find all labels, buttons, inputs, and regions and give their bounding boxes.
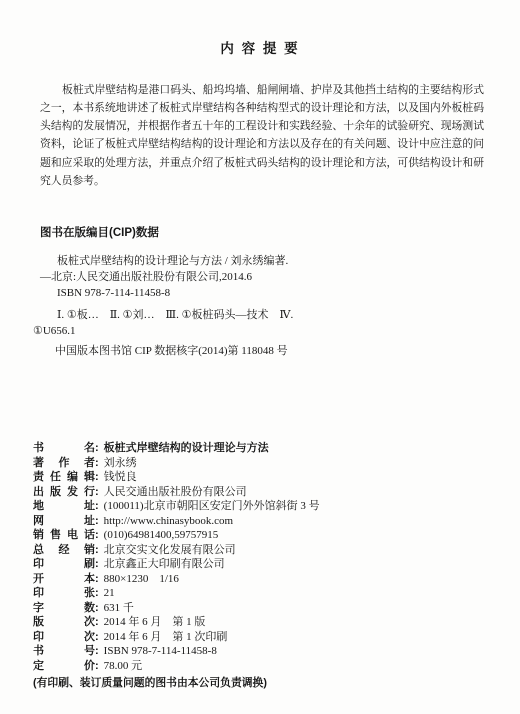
row-separator: : [95, 529, 99, 541]
row-label: 地址 [33, 499, 95, 514]
row-value: 北京交实文化发展有限公司 [104, 544, 236, 556]
row-label: 印刷 [33, 557, 95, 572]
colophon-block: 书名:板桩式岸壁结构的设计理论与方法著作者:刘永绣责任编辑:钱悦良出版发行:人民… [33, 441, 493, 691]
row-label: 书号 [33, 644, 95, 659]
cip-publisher-line: —北京:人民交通出版社股份有限公司,2014.6 [40, 269, 484, 285]
row-label: 字数 [33, 601, 95, 616]
row-value: 2014 年 6 月 第 1 次印刷 [104, 631, 228, 643]
row-separator: : [95, 500, 99, 512]
colophon-row: 书号:ISBN 978-7-114-11458-8 [33, 644, 493, 659]
colophon-rows: 书名:板桩式岸壁结构的设计理论与方法著作者:刘永绣责任编辑:钱悦良出版发行:人民… [33, 441, 493, 673]
cip-record-line: 中国版本图书馆 CIP 数据核字(2014)第 118048 号 [40, 343, 484, 359]
row-label: 版次 [33, 615, 95, 630]
cip-classification-line-2: ①U656.1 [33, 323, 484, 339]
row-value: http://www.chinasybook.com [104, 515, 233, 527]
row-label: 定价 [33, 659, 95, 674]
row-separator: : [95, 645, 99, 657]
row-label: 印次 [33, 630, 95, 645]
cip-classification-line: Ⅰ. ①板… Ⅱ. ①刘… Ⅲ. ①板桩码头—技术 Ⅳ. [40, 307, 484, 323]
colophon-row: 印次:2014 年 6 月 第 1 次印刷 [33, 630, 493, 645]
copyright-page: 内 容 提 要 板桩式岸壁结构是港口码头、船坞坞墙、船闸闸墙、护岸及其他挡土结构… [0, 0, 520, 714]
row-separator: : [95, 573, 99, 585]
row-value: 刘永绣 [104, 457, 137, 469]
row-label: 责任编辑 [33, 470, 95, 485]
row-separator: : [95, 457, 99, 469]
row-separator: : [95, 558, 99, 570]
row-separator: : [95, 442, 99, 454]
colophon-row: 版次:2014 年 6 月 第 1 版 [33, 615, 493, 630]
colophon-row: 网址:http://www.chinasybook.com [33, 514, 493, 529]
colophon-row: 定价:78.00 元 [33, 659, 493, 674]
row-value: 78.00 元 [104, 660, 143, 672]
colophon-row: 责任编辑:钱悦良 [33, 470, 493, 485]
row-value: (010)64981400,59757915 [104, 529, 219, 541]
row-label: 总经销 [33, 543, 95, 558]
row-value: 880×1230 1/16 [104, 573, 179, 585]
row-value: (100011)北京市朝阳区安定门外外馆斜街 3 号 [104, 500, 320, 512]
row-separator: : [95, 631, 99, 643]
cip-title-line: 板桩式岸壁结构的设计理论与方法 / 刘永绣编著. [40, 253, 484, 269]
row-separator: : [95, 486, 99, 498]
row-label: 书名 [33, 441, 95, 456]
row-label: 开本 [33, 572, 95, 587]
row-label: 出版发行 [33, 485, 95, 500]
row-value: 2014 年 6 月 第 1 版 [104, 616, 206, 628]
row-value: 钱悦良 [104, 471, 137, 483]
colophon-row: 销售电话:(010)64981400,59757915 [33, 528, 493, 543]
colophon-row: 字数:631 千 [33, 601, 493, 616]
row-separator: : [95, 515, 99, 527]
colophon-row: 著作者:刘永绣 [33, 456, 493, 471]
row-separator: : [95, 544, 99, 556]
cip-block: 图书在版编目(CIP)数据 板桩式岸壁结构的设计理论与方法 / 刘永绣编著. —… [40, 225, 484, 359]
row-label: 销售电话 [33, 528, 95, 543]
row-value: 北京鑫正大印刷有限公司 [104, 558, 225, 570]
row-separator: : [95, 587, 99, 599]
row-separator: : [95, 602, 99, 614]
row-separator: : [95, 660, 99, 672]
row-separator: : [95, 616, 99, 628]
row-value: 631 千 [104, 602, 134, 614]
row-label: 网址 [33, 514, 95, 529]
row-separator: : [95, 471, 99, 483]
cip-isbn-line: ISBN 978-7-114-11458-8 [40, 285, 484, 301]
colophon-row: 总经销:北京交实文化发展有限公司 [33, 543, 493, 558]
cip-heading: 图书在版编目(CIP)数据 [40, 225, 484, 241]
content-summary-paragraph: 板桩式岸壁结构是港口码头、船坞坞墙、船闸闸墙、护岸及其他挡土结构的主要结构形式之… [40, 81, 484, 190]
colophon-row: 印刷:北京鑫正大印刷有限公司 [33, 557, 493, 572]
colophon-row: 开本:880×1230 1/16 [33, 572, 493, 587]
colophon-row: 出版发行:人民交通出版社股份有限公司 [33, 485, 493, 500]
colophon-row: 书名:板桩式岸壁结构的设计理论与方法 [33, 441, 493, 456]
row-value: 人民交通出版社股份有限公司 [104, 486, 247, 498]
quality-disclaimer: (有印刷、装订质量问题的图书由本公司负责调换) [33, 676, 493, 691]
row-label: 印张 [33, 586, 95, 601]
colophon-row: 印张:21 [33, 586, 493, 601]
colophon-row: 地址:(100011)北京市朝阳区安定门外外馆斜街 3 号 [33, 499, 493, 514]
row-value: ISBN 978-7-114-11458-8 [104, 645, 217, 657]
content-summary-title: 内 容 提 要 [0, 37, 520, 57]
row-label: 著作者 [33, 456, 95, 471]
row-value: 21 [104, 587, 115, 599]
row-value: 板桩式岸壁结构的设计理论与方法 [104, 442, 269, 454]
